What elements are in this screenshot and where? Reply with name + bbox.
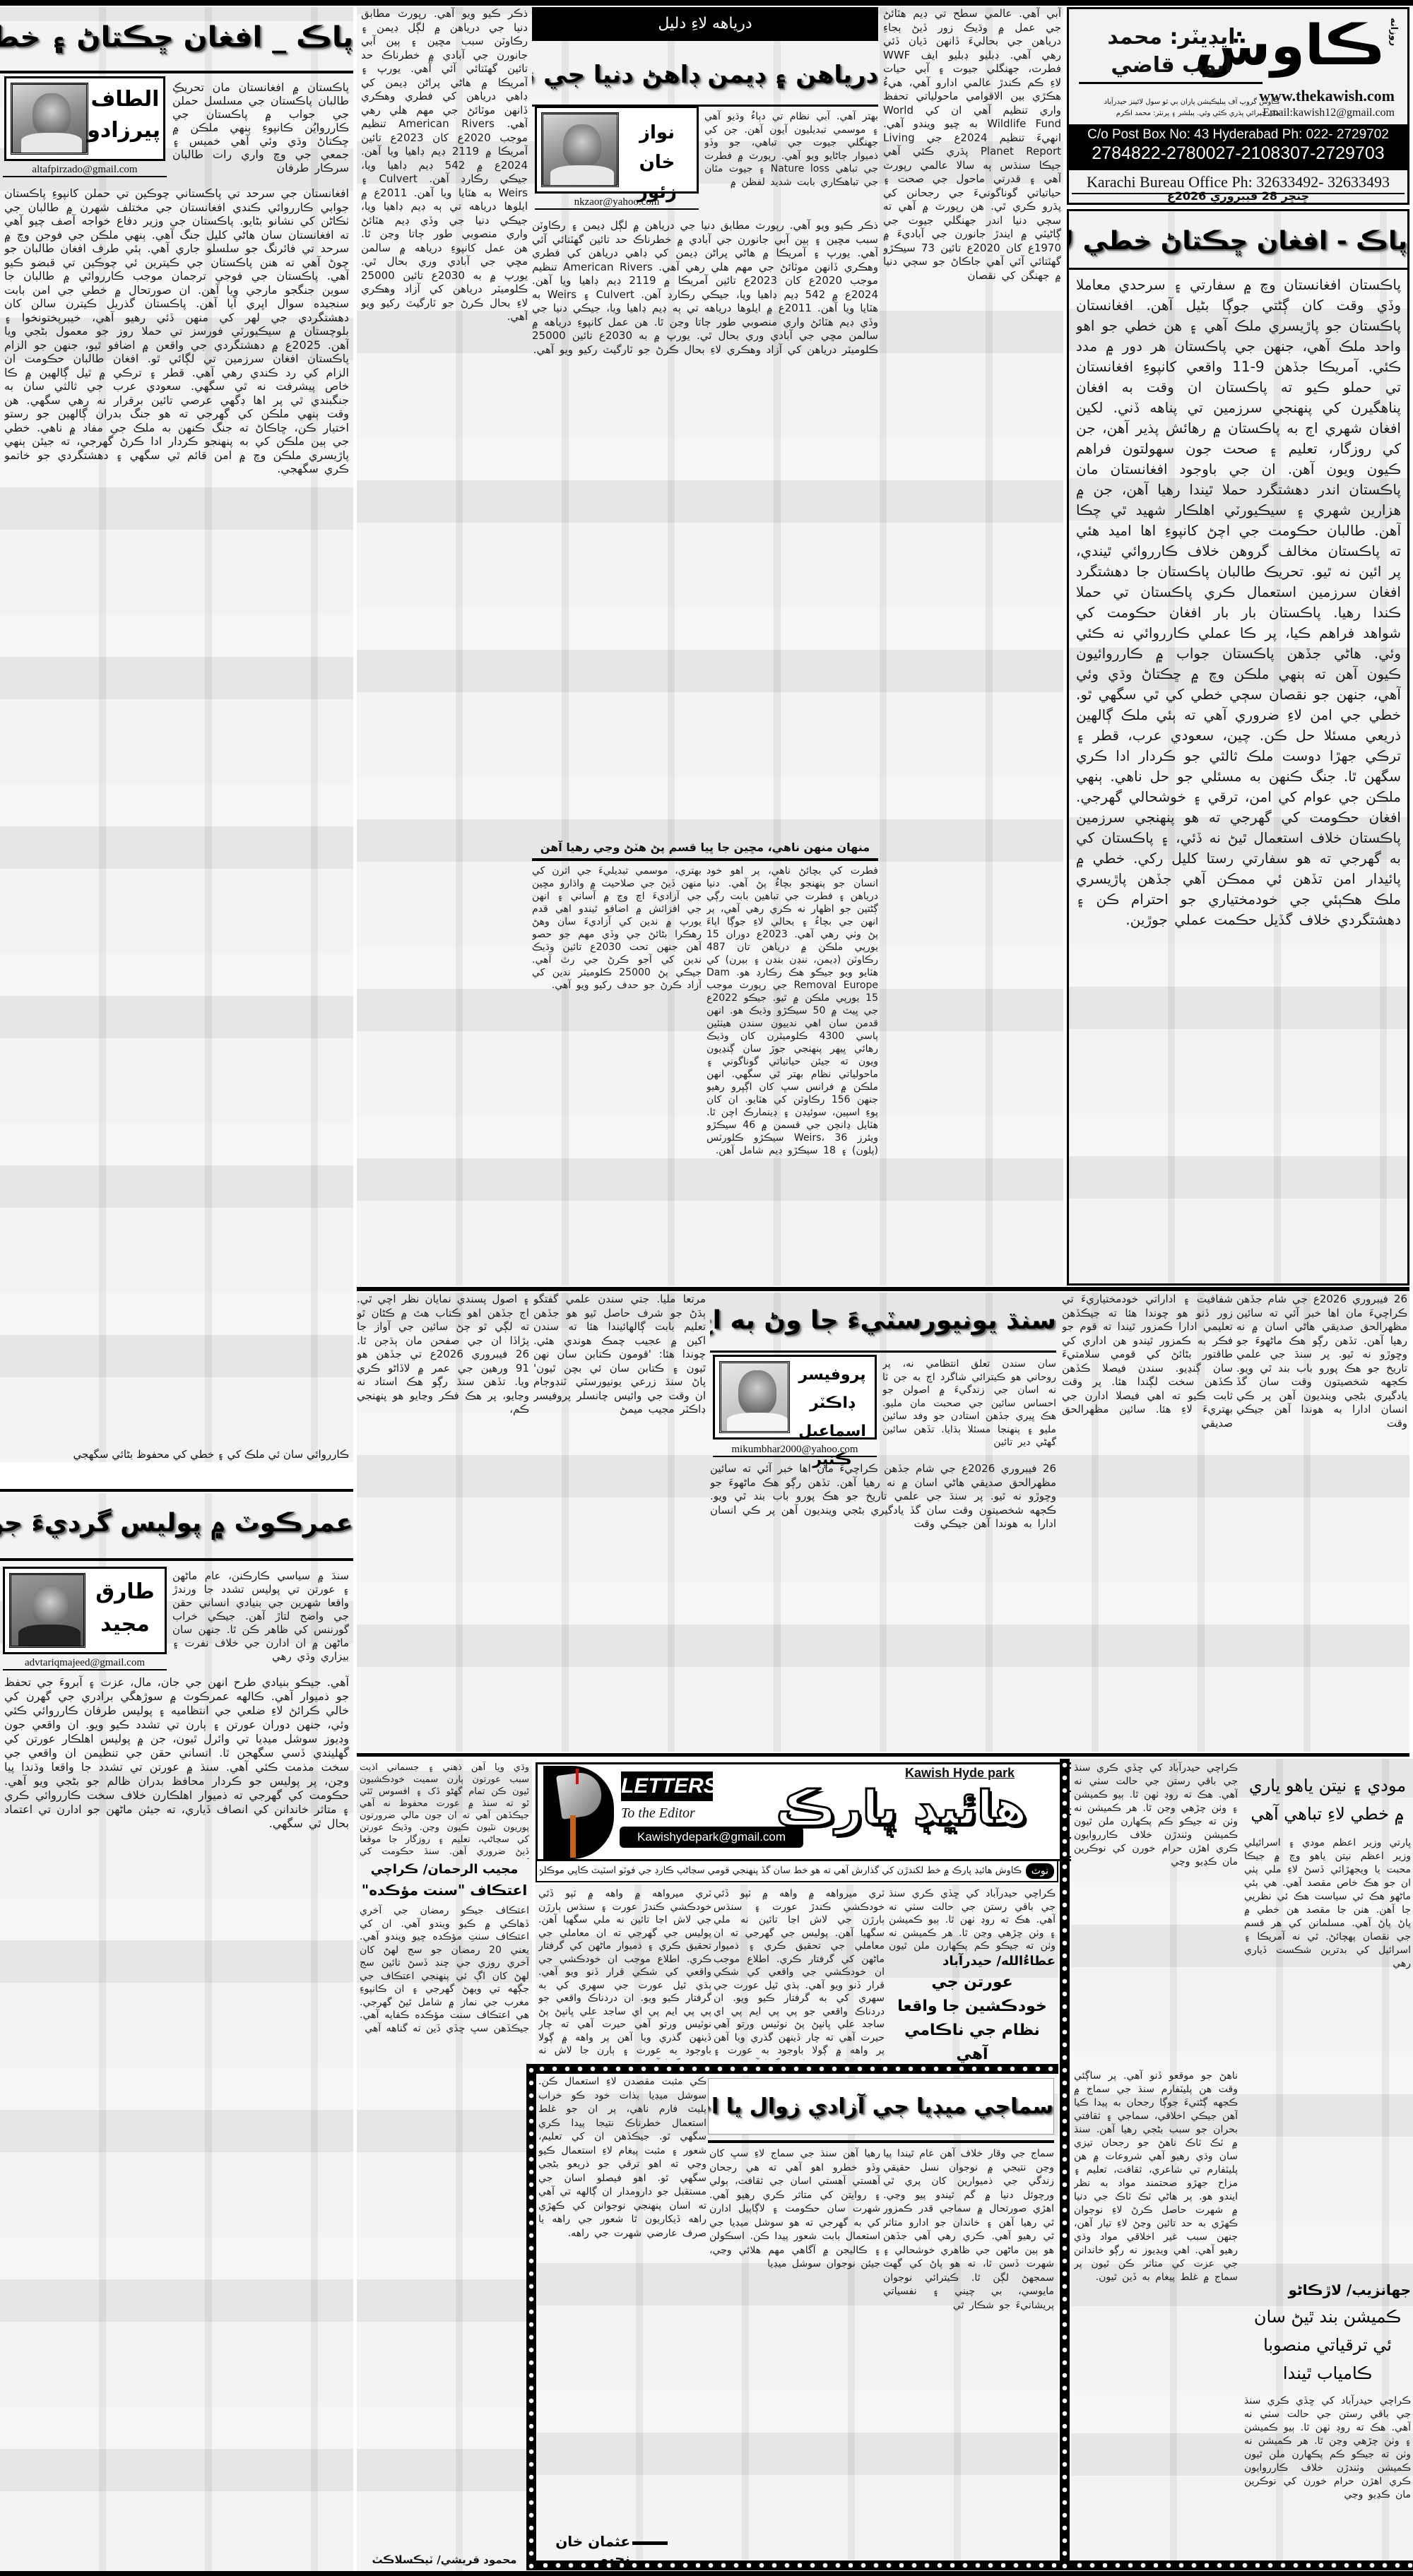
author-photo [11, 83, 88, 155]
face-shape [32, 93, 71, 137]
masthead-divider [1079, 82, 1263, 84]
letter-2-body: ٽري ميرواهه ۾ واهه ۾ ٽپو ڏئي خودڪشي ڪندڙ… [538, 1887, 711, 2060]
hyde-park-top-rule [357, 1753, 1409, 1757]
contact-block: C/o Post Box No: 43 Hyderabad Ph: 022- 2… [1069, 124, 1407, 170]
letters-right-column: مودي ۽ نيتن ياهو ياري ۾ خطي لاءِ تباهي آ… [1071, 1759, 1413, 2560]
pak-afghan-headline: پاڪ _ افغان ڇڪتاڻ ۽ خطي ۾ امن وارو سوال [0, 13, 353, 62]
social-col-b: رهيا آهن سنڌ جي سماج لاءِ سڀ کان وڏو خطر… [709, 2147, 880, 2557]
letter-4-body: ڀارتي وزير اعظم مودي ۽ اسرائيلي وزير اعظ… [1244, 1836, 1411, 2246]
face-shape [32, 1585, 68, 1627]
rivers-headline: درياهن ۽ ڊيمن ڊاهڻ دنيا جي نئين روش [532, 47, 878, 103]
diamond-border-top [536, 2064, 1058, 2074]
umarkot-author-name: طارق مجيد [88, 1576, 162, 1641]
social-author: عثمان خان نجيم [538, 2533, 630, 2567]
university-author-name: پروفيسر ڊاڪٽر اسماعيل ڪنڀر [791, 1361, 873, 1474]
umarkot-intro: سنڌ ۾ سياسي ڪارڪنن، عام ماڻهن ۽ عورتن تي… [172, 1569, 349, 1672]
umarkot-author-photo [9, 1573, 85, 1648]
umarkot-headline: عمرڪوٽ ۾ پوليس گرديءَ جو شڪار عورتون! [0, 1499, 353, 1548]
rivers-col-left: ذڪر ڪيو ويو آهي. رپورٽ مطابق دنيا جي دري… [361, 7, 528, 1278]
university-col-b: ۽ اصول پسندي نمايان نظر اچي ٿي. اڄ جڏهن … [357, 1293, 529, 1745]
diamond-border-left [526, 2064, 536, 2570]
left-bottom-author: محمود قريشي/ ٽيڪسلاڪٽ [360, 2553, 529, 2566]
face-shape [738, 1370, 776, 1415]
shirt-shape [21, 133, 82, 153]
letter-2: ٽري ميرواهه ۾ واهه ۾ ٽپو ڏئي خودڪشي ڪندڙ… [536, 1884, 1058, 2062]
rivers-author-photo [541, 112, 619, 187]
issue-date: ڇنڇر 28 فيبروري 2026ع [1069, 189, 1407, 203]
rivers-mid-line: منهان منهن ناهي، مڇين جا ڀيا قسم پڻ هٽڻ … [532, 841, 878, 854]
letter-1-byline: مجيب الرحمان/ ڪراچي [360, 1861, 529, 1878]
rivers-col-b: بهتري، موسمي تبديليءَ جي اثرن کي منهن ڏي… [532, 865, 702, 1281]
university-headline: سنڌ يونيورسٽيءَ جا وڻ به اڄ اداس آهن! [710, 1293, 1056, 1349]
rivers-kicker: درياهه لاءِ دليل [532, 7, 878, 41]
headline-rule [0, 71, 353, 73]
university-col-c: 26 فيبروري 2026ع جي شام جڏهن ڪراچيءَ مان… [1236, 1293, 1407, 1745]
social-headline: سماجي ميڊيا جي آزادي زوال يا اخلاقي بحرا… [709, 2079, 1053, 2135]
to-editor-label: To the Editor [621, 1805, 720, 1822]
diamond-border-right [1060, 1759, 1070, 2570]
publisher-line-1: ڪاوش گروپ آف پبليڪيشن پاران بي ٽو سول لا… [1075, 98, 1279, 106]
masthead-email: Email:kawish12@gmail.com [1263, 107, 1395, 119]
social-headline-box: سماجي ميڊيا جي آزادي زوال يا اخلاقي بحرا… [708, 2078, 1054, 2135]
rivers-col-a: فطرت کي بچائڻ ناهي، پر اهو خود انسان جو … [706, 865, 878, 1281]
author-dash [632, 2541, 668, 2545]
university-body: 26 فيبروري 2026ع جي شام جڏهن ڪراچيءَ مان… [710, 1462, 1056, 1745]
umarkot-author-email[interactable]: advtariqmajeed@gmail.com [3, 1657, 167, 1670]
bottom-rule [0, 2571, 1413, 2576]
university-author-email[interactable]: mikumbhar2000@yahoo.com [713, 1444, 877, 1457]
letter-3-body: ڪراچي حيدرآباد کي ڇڏي ڪري سنڌ جي باقي رس… [1244, 2394, 1411, 2557]
diamond-border-bottom [526, 2560, 1413, 2570]
shirt-shape [727, 1413, 788, 1431]
top-rule [0, 0, 1413, 6]
rivers-author-email[interactable]: nkzaor@yahoo.com [535, 196, 699, 210]
masthead-box: روزانه ڪاوش ايڊيٽر: محمد ايوب قاضي www.t… [1067, 7, 1409, 205]
letter-1-body: اعتڪاف جيڪو رمضان جي آخري ڏهاڪي ۾ ڪيو وي… [360, 1904, 529, 2540]
editorial-box: پاڪ - افغان ڇڪتاڻ خطي لاءِ هاڃيڪار آهي پ… [1067, 209, 1409, 1286]
social-col-c: ڪي مثبت مقصدن لاءِ استعمال ڪن. سوشل ميڊي… [538, 2075, 706, 2527]
umarkot-rule [0, 1558, 353, 1561]
letters-left-column: وڌي ويا آهن ذهني ۽ جسماني اذيت سبب عورتو… [357, 1759, 532, 2576]
face-shape [563, 124, 601, 168]
rivers-col-c: آبي آهي. عالمي سطح تي ڊيم هٽائڻ جي عمل ۾… [883, 7, 1061, 1278]
umarkot-author-box: طارق مجيد [3, 1567, 167, 1654]
university-author-box: پروفيسر ڊاڪٽر اسماعيل ڪنڀر [713, 1355, 877, 1440]
letter-3-byline: جهانزيب/ لاڙڪاڻو [1244, 2281, 1411, 2298]
letter-2-headline: عورتن جي خودڪشين جا واقعا نظام جي ناڪامي… [889, 1971, 1056, 2067]
editor-line: ايڊيٽر: محمد ايوب قاضي [1083, 23, 1260, 80]
publisher-line-2: مان ڇپرائي پڌري ڪئي وئي. پبلشر ۽ پرنٽر: … [1075, 109, 1279, 117]
article-social-media: سماجي ميڊيا جي آزادي زوال يا اخلاقي بحرا… [537, 2075, 1058, 2560]
umarkot-top-rule [0, 1489, 353, 1492]
university-author-photo [719, 1361, 790, 1433]
letter-3-headline: ڪميشن بند ٿيڻ سان ئي ترقياتي منصوبا ڪامي… [1244, 2303, 1411, 2387]
university-col-a: مرتعا مليا. جتي سندن علمي گفتگو ٻڌڻ جو ش… [533, 1293, 706, 1745]
rivers-intro: بهتر آهي. آبي نظام تي دٻاءُ وڌيو آهي ۽ م… [704, 110, 878, 216]
masthead-logo: روزانه ڪاوش [1258, 13, 1399, 91]
note-badge: نوٽ [1026, 1863, 1054, 1879]
letters-label: LETTERS [621, 1771, 713, 1801]
umarkot-body: آهي. جيڪو بنيادي طرح انهن جي جان، مال، ع… [4, 1675, 349, 2565]
author-box: الطاف پيرزادو [4, 76, 165, 161]
side-column-body: ناهڻ جو موقعو ڏنو آهي. پر ساڳئي وقت هن پ… [1074, 2070, 1238, 2557]
university-intro: سان سندن تعلق انتظامي نه، پر روحاني هو ڪ… [882, 1358, 1056, 1456]
letter-1-headline: اعتڪاف "سنت مؤڪده" [360, 1880, 529, 1900]
rivers-author-box: نواز خان زئور [535, 106, 699, 194]
mailbox-icon [543, 1766, 614, 1859]
article-pak-afghan: پاڪ _ افغان ڇڪتاڻ ۽ خطي ۾ امن وارو سوال … [0, 7, 353, 1462]
editor-label: ايڊيٽر: [1170, 25, 1236, 49]
article-university: سنڌ يونيورسٽيءَ جا وڻ به اڄ اداس آهن! پر… [357, 1293, 1409, 1752]
rivers-mid-rule [532, 858, 878, 861]
pak-afghan-closing: ڪارروائي سان ئي ملڪ کي ۽ خطي کي محفوظ بڻ… [4, 1448, 349, 1461]
editorial-headline: پاڪ - افغان ڇڪتاڻ خطي لاءِ هاڃيڪار آهي [1069, 224, 1407, 259]
note-strip: نوٽ ڪاوش هائيڊ پارڪ ۾ خط لکندڙن کي گذارش… [536, 1861, 1058, 1882]
rivers-kicker-bar: درياهه لاءِ دليل [532, 7, 878, 41]
suit-shape [18, 1625, 81, 1646]
author-name: الطاف پيرزادو [90, 84, 160, 146]
letter-2-body-b: ٽري ميرواهه ۾ واهه ۾ ٽپو ڏئي خودڪشي ڪندڙ… [714, 1887, 885, 2060]
shirt-shape [550, 165, 614, 185]
side-column-top: ڪراچي حيدرآباد کي ڇڏي ڪري سنڌ جي باقي رس… [1074, 1762, 1238, 2065]
editorial-body: پاڪستان افغانستان وچ ۾ سفارتي ۽ سرحدي مع… [1076, 275, 1401, 1278]
university-col-d: شفافيت ۽ اداراتي خودمختياريءَ تي زور ڏنو… [1062, 1293, 1233, 1745]
left-bottom-top-text: وڌي ويا آهن ذهني ۽ جسماني اذيت سبب عورتو… [360, 1762, 529, 1859]
editorial-rule [1069, 268, 1407, 270]
phones: 2784822-2780027-2108307-2729703 [1069, 143, 1407, 164]
letter-4-headline: مودي ۽ نيتن ياهو ياري ۾ خطي لاءِ تباهي آ… [1244, 1771, 1411, 1828]
social-col-a: سماج جي وقار خلاف آهن عام ٿيندا پيا وڃن … [883, 2147, 1054, 2557]
pak-afghan-intro: پاڪستان ۾ افغانستان مان تحريڪِ طالبان پا… [172, 81, 349, 183]
hyde-park-title: هائيڊ پارڪ [750, 1777, 1053, 1839]
letter-2-top: ڪراچي حيدرآباد کي ڇڏي ڪري سنڌ جي باقي رس… [889, 1887, 1056, 1952]
note-text: ڪاوش هائيڊ پارڪ ۾ خط لکندڙن کي گذارش آهي… [540, 1863, 1022, 1879]
section-divider [357, 1287, 1409, 1291]
rivers-body-top: ذڪر ڪيو ويو آهي. رپورٽ مطابق دنيا جي دري… [532, 219, 878, 841]
article-rivers: درياهه لاءِ دليل درياهن ۽ ڊيمن ڊاهڻ دنيا… [357, 7, 1063, 1286]
social-rule [708, 2140, 1054, 2143]
logo-prefix: روزانه [1388, 18, 1399, 46]
pak-afghan-body: افغانستان جي سرحد تي پاڪستاني چوڪين تي ح… [4, 186, 349, 1444]
rivers-author-name: نواز خان زئور [620, 118, 694, 207]
address: C/o Post Box No: 43 Hyderabad Ph: 022- 2… [1069, 124, 1407, 143]
university-rule [710, 1351, 1056, 1353]
letter-2-byline: عطاءُالله/ حيدرآباد [889, 1954, 1056, 1969]
article-umarkot: عمرڪوٽ ۾ پوليس گرديءَ جو شڪار عورتون! طا… [0, 1493, 353, 2576]
author-email[interactable]: altafpirzado@gmail.com [3, 164, 167, 177]
